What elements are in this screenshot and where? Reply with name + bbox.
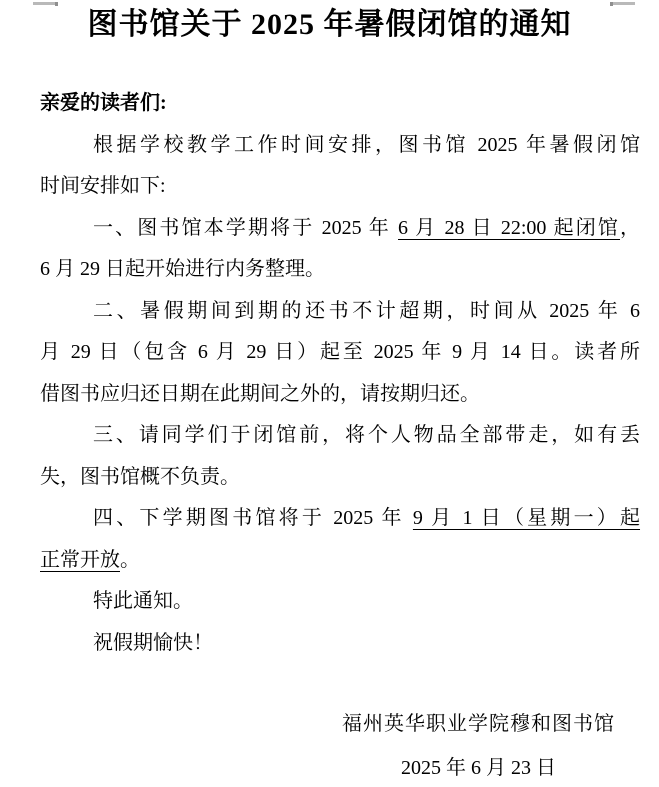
item4-line-1-pre: 四、下学期图书馆将于 2025 年 xyxy=(93,507,413,529)
cropped-ruler-artifact-left xyxy=(33,2,58,5)
item3-line-1-text: 三、请同学们于闭馆前，将个人物品全部带走，如有丢 xyxy=(93,424,640,446)
item4-line-2: 正常开放。 xyxy=(40,540,640,582)
item2-line-3: 借图书应归还日期在此期间之外的，请按期归还。 xyxy=(40,374,640,416)
item2-line-2-text: 月 29 日（包含 6 月 29 日）起至 2025 年 9 月 14 日。读者… xyxy=(40,341,640,363)
signature-block: 福州英华职业学院穆和图书馆 2025 年 6 月 23 日 xyxy=(342,702,615,787)
item1-line-2: 6 月 29 日起开始进行内务整理。 xyxy=(40,249,640,291)
item1-line-1: 一、图书馆本学期将于 2025 年 6 月 28 日 22:00 起闭馆， xyxy=(40,208,640,250)
intro-line-2: 时间安排如下: xyxy=(40,166,640,208)
item2-line-1: 二、暑假期间到期的还书不计超期，时间从 2025 年 6 xyxy=(40,291,640,333)
closing-line-1: 特此通知。 xyxy=(40,581,640,623)
signature-organization: 福州英华职业学院穆和图书馆 xyxy=(342,702,615,746)
item4-line-1: 四、下学期图书馆将于 2025 年 9 月 1 日（星期一）起 xyxy=(40,498,640,540)
item3-line-1: 三、请同学们于闭馆前，将个人物品全部带走，如有丢 xyxy=(40,415,640,457)
item1-line-1-pre: 一、图书馆本学期将于 2025 年 xyxy=(93,217,398,239)
item1-line-1-post: ， xyxy=(620,217,640,239)
intro-line-1-text: 根据学校教学工作时间安排，图书馆 2025 年暑假闭馆 xyxy=(93,134,640,156)
closing-line-2: 祝假期愉快！ xyxy=(40,623,640,665)
notice-document-page: 图书馆关于 2025 年暑假闭馆的通知 亲爱的读者们: 根据学校教学工作时间安排… xyxy=(0,0,659,787)
item2-line-1-text: 二、暑假期间到期的还书不计超期，时间从 2025 年 6 xyxy=(93,300,640,322)
intro-line-1: 根据学校教学工作时间安排，图书馆 2025 年暑假闭馆 xyxy=(40,125,640,167)
item3-line-2: 失，图书馆概不负责。 xyxy=(40,457,640,499)
notice-title: 图书馆关于 2025 年暑假闭馆的通知 xyxy=(0,3,659,47)
greeting-line: 亲爱的读者们: xyxy=(40,83,640,125)
item4-line-2-post: 。 xyxy=(120,549,140,571)
item1-closing-time-underlined: 6 月 28 日 22:00 起闭馆 xyxy=(398,217,620,239)
item2-line-2: 月 29 日（包含 6 月 29 日）起至 2025 年 9 月 14 日。读者… xyxy=(40,332,640,374)
signature-date: 2025 年 6 月 23 日 xyxy=(342,746,615,787)
item4-reopen-underlined: 正常开放 xyxy=(40,549,120,571)
item4-reopen-date-underlined: 9 月 1 日（星期一）起 xyxy=(413,507,640,529)
cropped-ruler-artifact-right xyxy=(610,2,635,5)
notice-body: 亲爱的读者们: 根据学校教学工作时间安排，图书馆 2025 年暑假闭馆 时间安排… xyxy=(40,83,640,787)
